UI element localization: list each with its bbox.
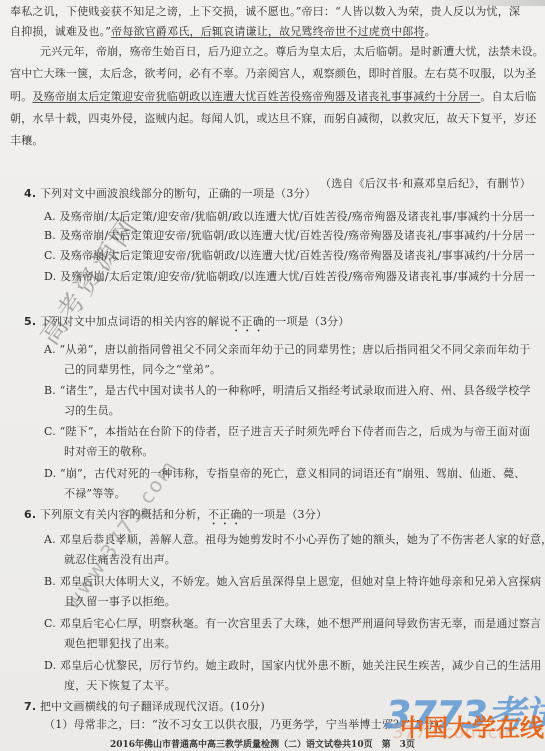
option-label: C. — [44, 425, 56, 438]
question-6: 6. 下列原文有关内容的概括和分析，不正确的一项是（3分） — [24, 508, 327, 528]
q6-option-d-cont: 度，天下恢复了太平。 — [64, 679, 176, 693]
option-label: D. — [44, 467, 56, 480]
question-6-number: 6. — [24, 508, 36, 521]
q5-option-c-cont: 时对帝王的敬称。 — [64, 445, 154, 459]
q5-option-a-cont: 己的同辈男性，同今之“堂弟”。 — [64, 363, 221, 377]
option-text: “诸生”，是古代中国对读书人的一种称呼，明清后又指经考试录取而进入府、州、县各级… — [60, 384, 531, 397]
passage-line-1: 奉私之讥，下使贱妾获不知足之谤，上下交损，诚不愿也。”帝曰：“人皆以数入为荣，贵… — [10, 5, 520, 19]
option-label: B. — [44, 229, 56, 242]
option-text: “崩”，古代对死的一种讳称，专指皇帝的死亡，意义相同的词语还有“崩殂、驾崩、仙逝… — [60, 467, 525, 480]
question-7-number: 7. — [24, 700, 36, 713]
exam-page: 奉私之讥，下使贱妾获不知足之谤，上下交损，诚不愿也。”帝曰：“人皆以数入为荣，贵… — [0, 0, 545, 751]
question-7-stem: 把中文画横线的句子翻译成现代汉语。(10分) — [40, 700, 265, 713]
question-5-stem-post: 的一项是（3分） — [264, 315, 350, 328]
passage-line-4: 宫中亡大珠一箧，太后念，欲考问，必有不辜。乃亲阅宫人，观察颜色，即时首服。左右莫… — [10, 67, 536, 81]
option-label: B. — [44, 384, 56, 397]
option-text: 及殇帝崩/太后定策迎安帝/犹临朝政/以连遭大忧/百姓苦役/殇帝殉器及诸丧礼/事事… — [60, 249, 535, 262]
q4-option-d: D. 及殇帝崩/太后定策/迎安帝/犹临朝政/以连遭大忧/百姓苦役/殇帝殉器及诸丧… — [44, 270, 535, 284]
q5-option-b: B. “诸生”，是古代中国对读书人的一种称呼，明清后又指经考试录取而进入府、州、… — [44, 384, 531, 398]
passage-line-2-post: 。 — [425, 25, 436, 38]
question-4: 4. 下列对文中画波浪线部分的断句，正确的一项是（3分） — [24, 187, 316, 201]
option-text: 邓皇后识大体明大义，不娇宠。她入宫后虽深得皇上恩宠，但她对皇上特许她母亲和兄弟入… — [60, 575, 542, 588]
passage-source: （选自《后汉书·和熹邓皇后纪》，有删节） — [320, 177, 531, 191]
option-label: D. — [44, 659, 56, 672]
q6-option-c-cont: 观色把罪犯找了出来。 — [64, 637, 176, 651]
site-logo-subtitle: 中国大学在线 — [400, 708, 544, 743]
option-label: B. — [44, 575, 56, 588]
passage-line-5-post: 。自太后临 — [480, 90, 536, 103]
question-5-emphasis: 不正确 — [230, 315, 264, 328]
option-text: 邓皇后心忧黎民，厉行节约。她主政时，国家内忧外患不断，她关注民生疾苦，减少自己的… — [60, 659, 542, 672]
option-text: 及殇帝崩/太后定策/迎安帝/犹临朝政/以连遭大忧/百姓苦役/殇帝殉器及诸丧礼事/… — [60, 270, 535, 283]
question-7: 7. 把中文画横线的句子翻译成现代汉语。(10分) — [24, 700, 265, 714]
q5-option-b-cont: 习的生员。 — [64, 404, 120, 418]
q6-option-d: D. 邓皇后心忧黎民，厉行节约。她主政时，国家内忧外患不断，她关注民生疾苦，减少… — [44, 659, 542, 673]
passage-line-5-pre: 明。 — [10, 90, 32, 103]
passage-line-6: 朝，水旱十载，四夷外侵，盗贼内起。每闻人饥，或达旦不寐，而躬自减彻，以救灾厄，故… — [10, 112, 536, 126]
underlined-sentence-1: 帝每欲官爵邓氏，后辄哀请谦让，故兄骘终帝世不过虎贲中郎将 — [111, 25, 425, 38]
passage-line-7: 丰穰。 — [10, 134, 44, 148]
passage-line-3: 元兴元年，帝崩，殇帝生始百日，后乃迎立之。尊后为皇太后，太后临朝。是时新遭大忧，… — [40, 45, 544, 59]
q6-option-c: C. 邓皇后宅心仁厚，明察秋毫。有一次宫里丢了大珠，她不想严刑逼问导致伤害无辜，… — [44, 617, 541, 631]
question-4-stem: 下列对文中画波浪线部分的断句，正确的一项是（3分） — [40, 187, 316, 200]
option-label: C. — [44, 249, 56, 262]
question-6-stem-post: 的一项是（3分） — [242, 508, 328, 521]
option-text: 邓皇后宅心仁厚，明察秋毫。有一次宫里丢了大珠，她不想严刑逼问导致伤害无辜，而是通… — [60, 617, 542, 630]
option-text: “陛下”，本指站在台阶下的侍者，臣子进言天子时须先呼台下侍者而告之，后成为与帝王… — [60, 425, 531, 438]
q5-option-d-cont: 不禄”等等。 — [64, 487, 126, 501]
wavy-underlined-sentence: 及殇帝崩太后定策迎安帝犹临朝政以连遭大忧百姓苦役殇帝殉器及诸丧礼事事减约十分居一 — [32, 90, 480, 103]
option-label: C. — [44, 617, 56, 630]
q5-option-a: A. “从弟”，唐以前指同曾祖父不同父亲而年幼于己的同辈男性；唐以后指同祖父不同… — [44, 343, 530, 357]
question-4-number: 4. — [24, 187, 36, 200]
page-footer: 2016年佛山市普通高中高三教学质量检测（二）语文试卷共10页 第 3页 — [110, 737, 415, 750]
option-label: D. — [44, 270, 56, 283]
q5-option-d: D. “崩”，古代对死的一种讳称，专指皇帝的死亡，意义相同的词语还有“崩殂、驾崩… — [44, 467, 526, 481]
sub-question-label: （1） — [44, 718, 74, 731]
passage-line-2-pre: 自抑损，诚难及也。” — [10, 25, 111, 38]
question-6-emphasis: 不正确 — [208, 508, 242, 521]
passage-line-5: 明。及殇帝崩太后定策迎安帝犹临朝政以连遭大忧百姓苦役殇帝殉器及诸丧礼事事减约十分… — [10, 90, 536, 104]
q6-option-b: B. 邓皇后识大体明大义，不娇宠。她入宫后虽深得皇上恩宠，但她对皇上特许她母亲和… — [44, 575, 541, 589]
option-label: A. — [44, 210, 56, 223]
q5-option-c: C. “陛下”，本指站在台阶下的侍者，臣子进言天子时须先呼台下侍者而告之，后成为… — [44, 425, 530, 439]
option-label: A. — [44, 533, 56, 546]
passage-line-2: 自抑损，诚难及也。”帝每欲官爵邓氏，后辄哀请谦让，故兄骘终帝世不过虎贲中郎将。 — [10, 25, 436, 39]
option-text: “从弟”，唐以前指同曾祖父不同父亲而年幼于己的同辈男性；唐以后指同祖父不同父亲而… — [60, 343, 531, 356]
